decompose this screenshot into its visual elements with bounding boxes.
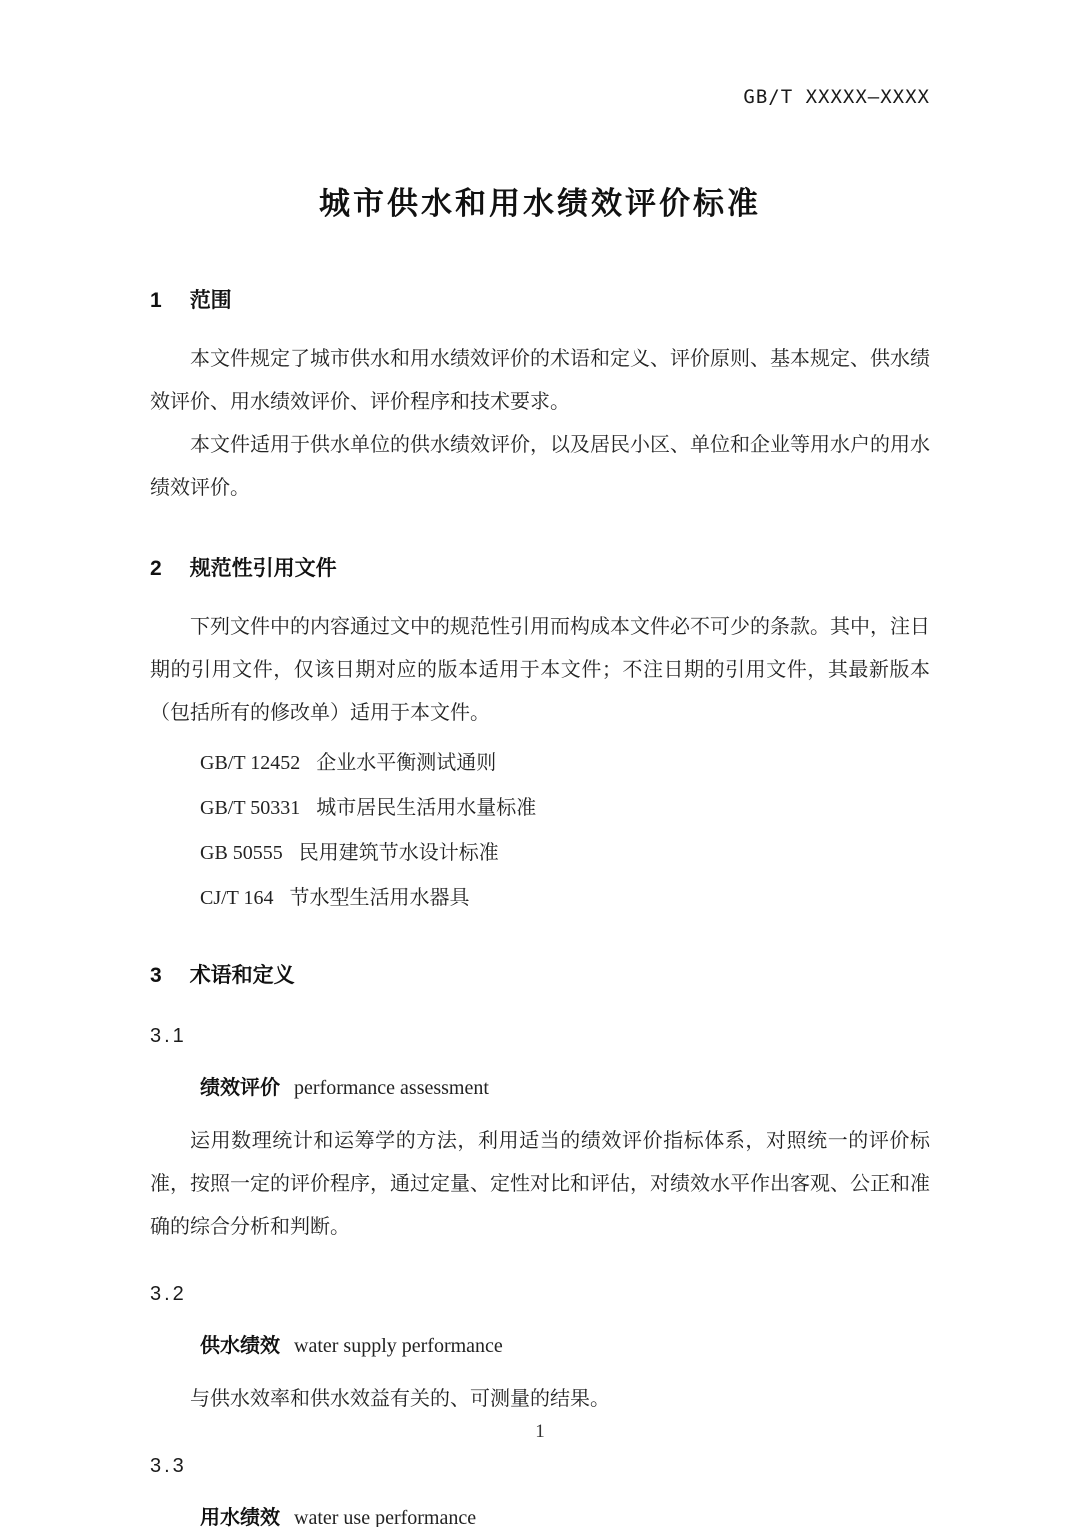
references-intro-paragraph: 下列文件中的内容通过文中的规范性引用而构成本文件必不可少的条款。其中，注日期的引… bbox=[150, 606, 930, 735]
reference-item: GB/T 12452企业水平衡测试通则 bbox=[200, 741, 930, 786]
reference-item: GB 50555民用建筑节水设计标准 bbox=[200, 831, 930, 876]
term-line: 用水绩效water use performance bbox=[200, 1504, 930, 1527]
reference-list: GB/T 12452企业水平衡测试通则 GB/T 50331城市居民生活用水量标… bbox=[200, 741, 930, 921]
term-english: water supply performance bbox=[294, 1335, 503, 1357]
clause-number: 3.2 bbox=[150, 1283, 930, 1306]
section-3-heading: 3术语和定义 bbox=[150, 961, 930, 991]
reference-title: 企业水平衡测试通则 bbox=[316, 752, 496, 774]
reference-title: 民用建筑节水设计标准 bbox=[299, 842, 499, 864]
page-number: 1 bbox=[0, 1421, 1080, 1443]
section-2-number: 2 bbox=[150, 557, 162, 580]
reference-item: CJ/T 164节水型生活用水器具 bbox=[200, 876, 930, 921]
standard-code: GB/T XXXXX—XXXX bbox=[150, 86, 930, 108]
section-1-title: 范围 bbox=[190, 289, 232, 312]
term-chinese: 用水绩效 bbox=[200, 1507, 280, 1527]
term-block-3-3: 3.3 用水绩效water use performance bbox=[150, 1455, 930, 1527]
term-definition: 与供水效率和供水效益有关的、可测量的结果。 bbox=[150, 1378, 930, 1421]
term-line: 绩效评价performance assessment bbox=[200, 1074, 930, 1102]
term-english: water use performance bbox=[294, 1507, 476, 1527]
section-2-heading: 2规范性引用文件 bbox=[150, 554, 930, 584]
term-block-3-2: 3.2 供水绩效water supply performance 与供水效率和供… bbox=[150, 1283, 930, 1421]
clause-number: 3.1 bbox=[150, 1025, 930, 1048]
scope-paragraph-1: 本文件规定了城市供水和用水绩效评价的术语和定义、评价原则、基本规定、供水绩效评价… bbox=[150, 338, 930, 424]
term-line: 供水绩效water supply performance bbox=[200, 1332, 930, 1360]
reference-code: CJ/T 164 bbox=[200, 887, 274, 909]
reference-item: GB/T 50331城市居民生活用水量标准 bbox=[200, 786, 930, 831]
term-block-3-1: 3.1 绩效评价performance assessment 运用数理统计和运筹… bbox=[150, 1025, 930, 1249]
section-1-number: 1 bbox=[150, 289, 162, 312]
scope-paragraph-2: 本文件适用于供水单位的供水绩效评价，以及居民小区、单位和企业等用水户的用水绩效评… bbox=[150, 424, 930, 510]
section-3-title: 术语和定义 bbox=[190, 964, 295, 987]
reference-code: GB 50555 bbox=[200, 842, 283, 864]
section-2-title: 规范性引用文件 bbox=[190, 557, 337, 580]
document-page: GB/T XXXXX—XXXX 城市供水和用水绩效评价标准 1范围 本文件规定了… bbox=[0, 0, 1080, 1527]
term-english: performance assessment bbox=[294, 1077, 489, 1099]
document-title: 城市供水和用水绩效评价标准 bbox=[150, 182, 930, 226]
reference-title: 节水型生活用水器具 bbox=[290, 887, 470, 909]
reference-title: 城市居民生活用水量标准 bbox=[316, 797, 536, 819]
reference-code: GB/T 50331 bbox=[200, 797, 300, 819]
section-scope: 1范围 本文件规定了城市供水和用水绩效评价的术语和定义、评价原则、基本规定、供水… bbox=[150, 286, 930, 510]
term-chinese: 绩效评价 bbox=[200, 1077, 280, 1099]
clause-number: 3.3 bbox=[150, 1455, 930, 1478]
term-chinese: 供水绩效 bbox=[200, 1335, 280, 1357]
term-definition: 运用数理统计和运筹学的方法，利用适当的绩效评价指标体系，对照统一的评价标准，按照… bbox=[150, 1120, 930, 1249]
section-normative-references: 2规范性引用文件 下列文件中的内容通过文中的规范性引用而构成本文件必不可少的条款… bbox=[150, 554, 930, 921]
section-3-number: 3 bbox=[150, 964, 162, 987]
reference-code: GB/T 12452 bbox=[200, 752, 300, 774]
section-1-heading: 1范围 bbox=[150, 286, 930, 316]
